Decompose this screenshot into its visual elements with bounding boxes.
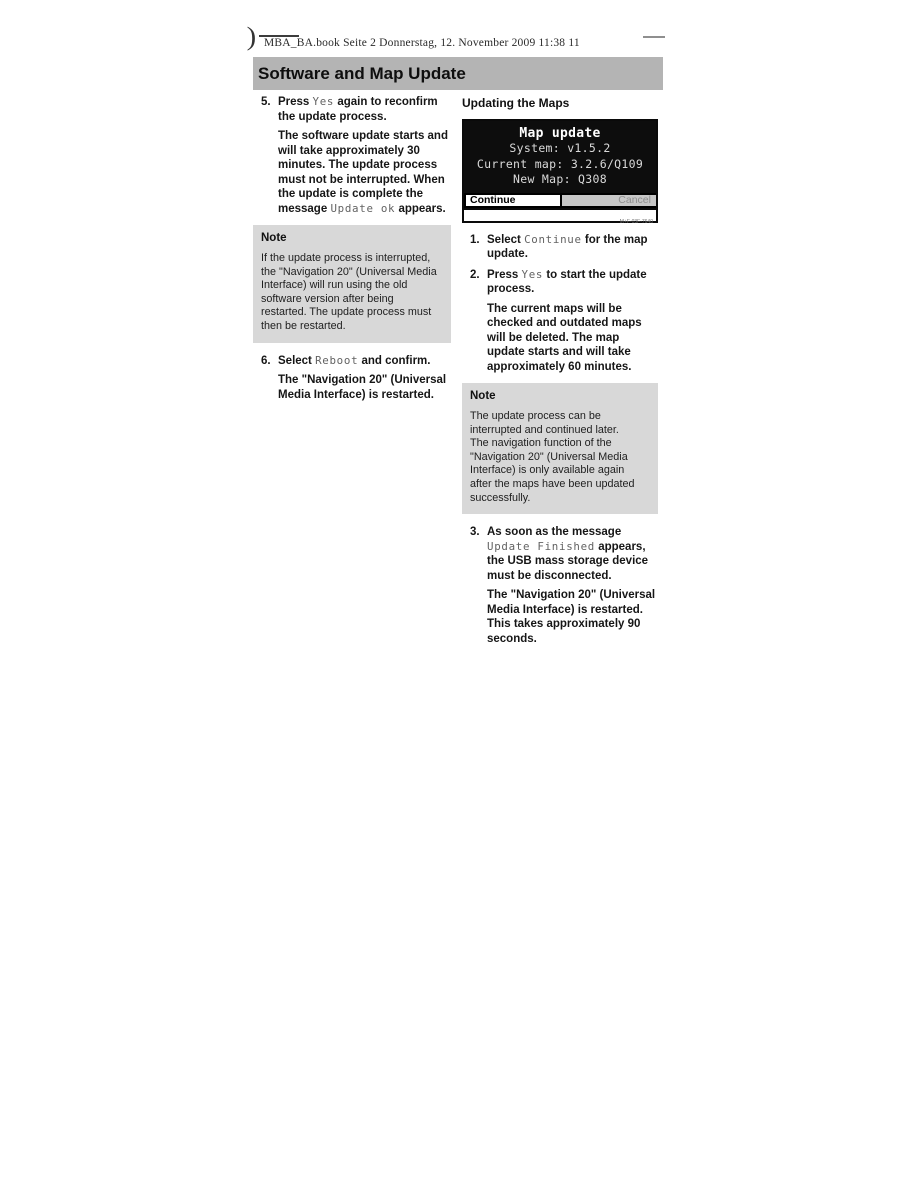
text-segment: Select: [278, 355, 315, 367]
registration-dash: [643, 36, 665, 38]
step-lead: As soon as the message Update Finished a…: [487, 525, 658, 583]
screen-line-current-map: Current map: 3.2.6/Q109: [464, 157, 656, 173]
note-title: Note: [470, 390, 648, 402]
step-3: 3. As soon as the message Update Finishe…: [462, 525, 658, 646]
text-segment: Press: [278, 96, 313, 108]
screen-line-new-map: New Map: Q308: [464, 172, 656, 188]
step-paragraph: The "Navigation 20" (Universal Media Int…: [278, 373, 451, 402]
text-segment: and confirm.: [358, 355, 430, 367]
map-update-screen-illustration: Map update System: v1.5.2 Current map: 3…: [462, 119, 658, 223]
print-header-text: MBA_BA.book Seite 2 Donnerstag, 12. Nove…: [264, 37, 580, 49]
step-1: 1. Select Continue for the map update.: [462, 233, 658, 262]
step-lead: Press Yes again to reconfirm the update …: [278, 95, 451, 124]
note-box-software: Note If the update process is interrupte…: [253, 225, 451, 343]
left-column: 5. Press Yes again to reconfirm the upda…: [253, 95, 451, 408]
note-body-line2: The navigation function of the "Navigati…: [470, 437, 648, 505]
right-column: Updating the Maps Map update System: v1.…: [462, 95, 658, 652]
ui-term-reboot: Reboot: [315, 354, 358, 367]
page-title: Software and Map Update: [253, 57, 663, 83]
text-segment: Press: [487, 269, 522, 281]
note-box-maps: Note The update process can be interrupt…: [462, 383, 658, 514]
ui-term-update-ok: Update ok: [330, 202, 395, 215]
ui-term-update-finished: Update Finished: [487, 540, 595, 553]
step-paragraph: The software update starts and will take…: [278, 129, 451, 216]
step-body: Press Yes again to reconfirm the update …: [278, 95, 451, 216]
step-lead: Select Reboot and confirm.: [278, 354, 451, 369]
step-number: 5.: [253, 95, 278, 216]
continue-button: Continue: [464, 193, 562, 208]
screen-display: Map update System: v1.5.2 Current map: 3…: [464, 121, 656, 193]
step-body: Select Continue for the map update.: [487, 233, 658, 262]
cancel-button: Cancel: [562, 193, 656, 208]
step-number: 3.: [462, 525, 487, 646]
step-5: 5. Press Yes again to reconfirm the upda…: [253, 95, 451, 216]
text-segment: appears.: [395, 203, 446, 215]
step-number: 1.: [462, 233, 487, 262]
screen-title: Map update: [464, 126, 656, 141]
step-paragraph: The "Navigation 20" (Universal Media Int…: [487, 588, 658, 646]
step-body: Select Reboot and confirm. The "Navigati…: [278, 354, 451, 403]
screen-footer: M+F-03F-7640: [464, 208, 656, 221]
chapter-title-bar: Software and Map Update: [253, 57, 663, 90]
ui-term-continue: Continue: [524, 233, 582, 246]
step-lead: Press Yes to start the update process.: [487, 268, 658, 297]
text-segment: Select: [487, 234, 524, 246]
step-6: 6. Select Reboot and confirm. The "Navig…: [253, 354, 451, 403]
step-2: 2. Press Yes to start the update process…: [462, 268, 658, 375]
note-title: Note: [261, 232, 441, 244]
figure-code: M+F-03F-7640: [620, 219, 656, 225]
text-segment: As soon as the message: [487, 526, 621, 538]
ui-term-yes: Yes: [522, 268, 544, 281]
section-heading: Updating the Maps: [462, 95, 658, 110]
step-number: 2.: [462, 268, 487, 375]
ui-term-yes: Yes: [313, 95, 335, 108]
step-number: 6.: [253, 354, 278, 403]
step-paragraph: The current maps will be checked and out…: [487, 302, 658, 375]
note-body: If the update process is interrupted, th…: [261, 252, 441, 334]
step-body: Press Yes to start the update process. T…: [487, 268, 658, 375]
crop-mark: ): [247, 22, 257, 52]
step-body: As soon as the message Update Finished a…: [487, 525, 658, 646]
screen-line-system: System: v1.5.2: [464, 141, 656, 157]
screen-button-row: Continue Cancel: [464, 193, 656, 208]
step-lead: Select Continue for the map update.: [487, 233, 658, 262]
manual-page: ) MBA_BA.book Seite 2 Donnerstag, 12. No…: [0, 0, 918, 1188]
note-body-line1: The update process can be interrupted an…: [470, 410, 648, 437]
